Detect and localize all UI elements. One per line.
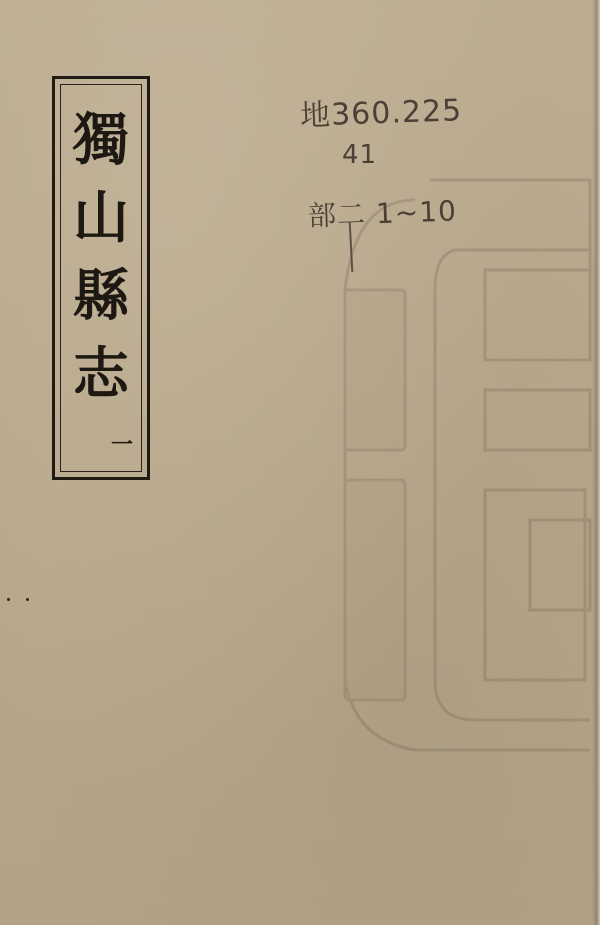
call-number-annotation: 地360.225 <box>299 85 462 135</box>
binding-hole-dot <box>7 598 10 601</box>
title-char: 山 <box>73 179 129 257</box>
title-char: 志 <box>73 335 129 413</box>
book-title: 獨 山 縣 志 <box>55 101 147 413</box>
title-char: 獨 <box>73 101 129 179</box>
page-edge <box>592 0 600 925</box>
title-char: 縣 <box>73 257 129 335</box>
volume-range-annotation: 部二 1~10 <box>307 189 457 234</box>
shelf-annotation: 41 <box>342 140 377 170</box>
title-label: 獨 山 縣 志 一 <box>52 76 150 480</box>
watermark-stamp-icon <box>335 160 600 760</box>
binding-hole-dot <box>26 598 29 601</box>
volume-number: 一 <box>111 428 133 459</box>
